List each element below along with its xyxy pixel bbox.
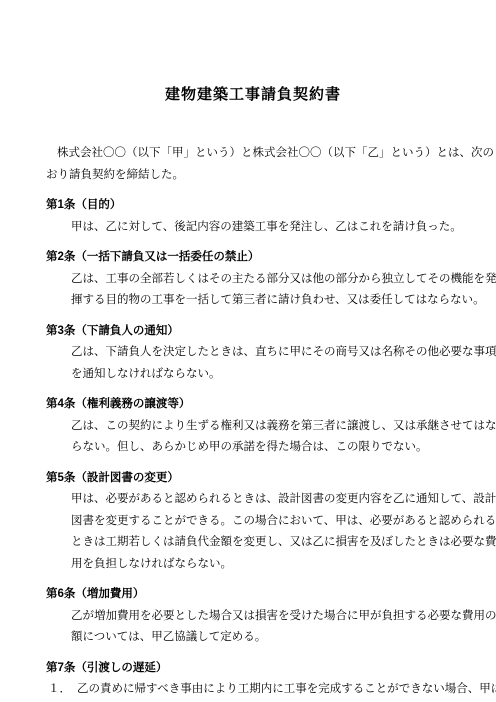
article-body-line: 甲は、必要があると認められるときは、設計図書の変更内容を乙に通知して、設計 (71, 489, 460, 511)
article-6: 第6条（増加費用） 乙が増加費用を必要とした場合又は損害を受けた場合に甲が負担す… (46, 584, 460, 649)
article-body: 乙が増加費用を必要とした場合又は損害を受けた場合に甲が負担する必要な費用の 額に… (46, 606, 460, 649)
article-heading: 第1条（目的） (46, 195, 460, 217)
article-body: 乙は、工事の全部若しくはその主たる部分又は他の部分から独立してその機能を発 揮す… (46, 269, 460, 312)
article-2: 第2条（一括下請負又は一括委任の禁止） 乙は、工事の全部若しくはその主たる部分又… (46, 247, 460, 312)
article-body-line: 乙は、工事の全部若しくはその主たる部分又は他の部分から独立してその機能を発 (71, 269, 460, 291)
article-5: 第5条（設計図書の変更） 甲は、必要があると認められるときは、設計図書の変更内容… (46, 468, 460, 576)
article-1: 第1条（目的） 甲は、乙に対して、後記内容の建築工事を発注し、乙はこれを請け負っ… (46, 195, 460, 238)
intro-line: おり請負契約を締結した。 (46, 165, 460, 187)
article-body-line: 図書を変更することができる。この場合において、甲は、必要があると認められる (71, 511, 460, 533)
article-body-line: 甲は、乙に対して、後記内容の建築工事を発注し、乙はこれを請け負った。 (71, 217, 460, 239)
article-4: 第4条（権利義務の譲渡等） 乙は、この契約により生ずる権利又は義務を第三者に譲渡… (46, 394, 460, 459)
intro-line: 株式会社〇〇（以下「甲」という）と株式会社〇〇（以下「乙」という）とは、次のと (46, 143, 460, 165)
article-heading: 第6条（増加費用） (46, 584, 460, 606)
article-body: 甲は、乙に対して、後記内容の建築工事を発注し、乙はこれを請け負った。 (46, 217, 460, 239)
intro-paragraph: 株式会社〇〇（以下「甲」という）と株式会社〇〇（以下「乙」という）とは、次のと … (46, 143, 460, 186)
article-numbered-item: １． 乙の責めに帰すべき事由により工期内に工事を完成することができない場合、甲は… (46, 679, 460, 701)
article-body-line: 額については、甲乙協議して定める。 (71, 627, 460, 649)
document-title: 建物建築工事請負契約書 (46, 86, 460, 104)
article-body: 甲は、必要があると認められるときは、設計図書の変更内容を乙に通知して、設計 図書… (46, 489, 460, 575)
article-body-line: 乙が増加費用を必要とした場合又は損害を受けた場合に甲が負担する必要な費用の (71, 606, 460, 628)
article-body-line: ときは工期若しくは請負代金額を変更し、又は乙に損害を及ぼしたときは必要な費 (71, 532, 460, 554)
item-number: １． (46, 679, 77, 701)
article-heading: 第2条（一括下請負又は一括委任の禁止） (46, 247, 460, 269)
article-body-line: 乙は、下請負人を決定したときは、直ちに甲にその商号又は名称その他必要な事項 (71, 342, 460, 364)
contract-page: 建物建築工事請負契約書 株式会社〇〇（以下「甲」という）と株式会社〇〇（以下「乙… (0, 0, 496, 702)
article-body-line: 揮する目的物の工事を一括して第三者に請け負わせ、又は委任してはならない。 (71, 290, 460, 312)
article-heading: 第4条（権利義務の譲渡等） (46, 394, 460, 416)
article-body-line: 乙の責めに帰すべき事由により工期内に工事を完成することができない場合、甲は、 (77, 679, 496, 701)
article-body: 乙は、下請負人を決定したときは、直ちに甲にその商号又は名称その他必要な事項 を通… (46, 342, 460, 385)
article-heading: 第3条（下請負人の通知） (46, 321, 460, 343)
article-body-line: らない。但し、あらかじめ甲の承諾を得た場合は、この限りでない。 (71, 437, 460, 459)
article-body-line: 乙は、この契約により生ずる権利又は義務を第三者に譲渡し、又は承継させてはな (71, 416, 460, 438)
article-body-line: 用を負担しなければならない。 (71, 554, 460, 576)
article-7: 第7条（引渡しの遅延） １． 乙の責めに帰すべき事由により工期内に工事を完成する… (46, 658, 460, 701)
article-body-line: を通知しなければならない。 (71, 364, 460, 386)
article-3: 第3条（下請負人の通知） 乙は、下請負人を決定したときは、直ちに甲にその商号又は… (46, 321, 460, 386)
article-body: 乙は、この契約により生ずる権利又は義務を第三者に譲渡し、又は承継させてはな らな… (46, 416, 460, 459)
article-heading: 第5条（設計図書の変更） (46, 468, 460, 490)
article-heading: 第7条（引渡しの遅延） (46, 658, 460, 680)
